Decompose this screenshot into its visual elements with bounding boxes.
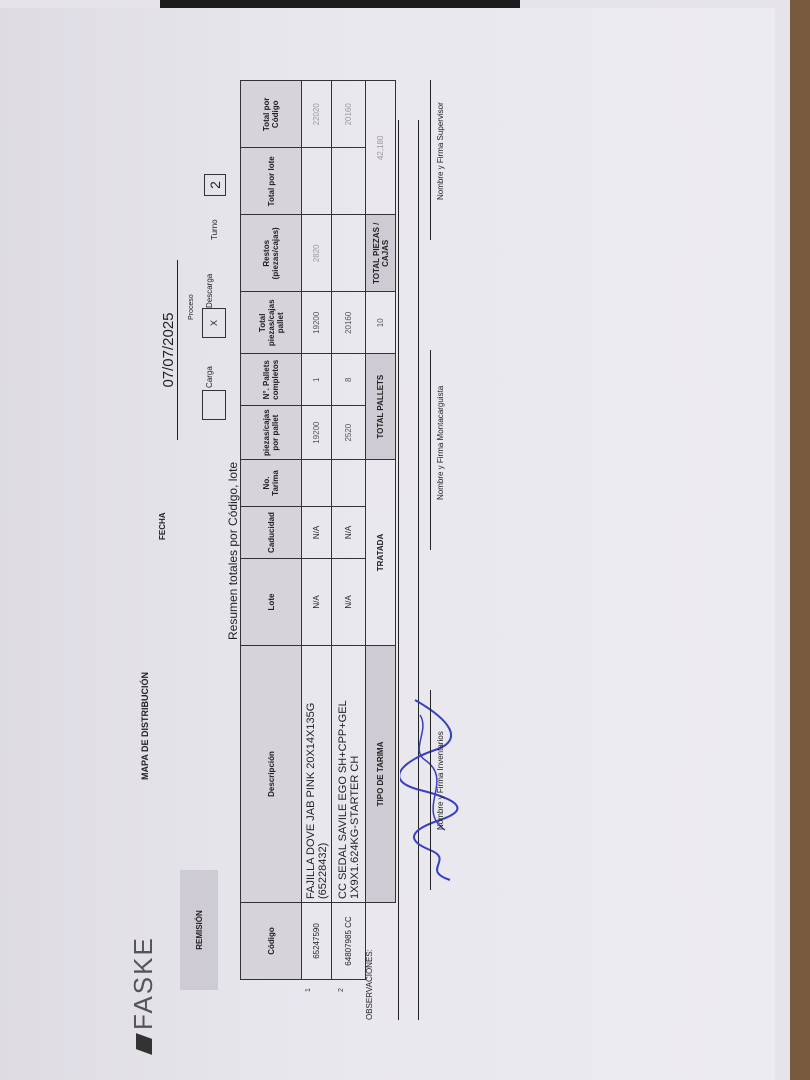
- signature-label-inventarios: Nombre y Firma Inventarios: [436, 731, 445, 830]
- tipo-tarima-label: TIPO DE TARIMA: [366, 646, 396, 903]
- signature-line-supervisor: [430, 80, 431, 240]
- col-piezas-pallet: piezas/cajas por pallet: [241, 406, 302, 460]
- page-title: MAPA DE DISTRIBUCIÓN: [140, 672, 150, 780]
- col-codigo: Código: [241, 903, 302, 980]
- total-pallets-value: 10: [366, 292, 396, 354]
- remision-label: REMISIÓN: [180, 870, 218, 990]
- descarga-checkbox[interactable]: X: [202, 308, 226, 338]
- col-tarima: No. Tarima: [241, 460, 302, 507]
- proceso-label: Proceso: [188, 294, 195, 320]
- total-pallets-label: TOTAL PALLETS: [366, 354, 396, 460]
- col-total-pallet: Total piezas/cajas pallet: [241, 292, 302, 354]
- col-restos: Restos (piezas/cajas): [241, 215, 302, 292]
- total-piezas-label: TOTAL PIEZAS / CAJAS: [366, 215, 396, 292]
- cell-pallets: 1: [302, 354, 332, 406]
- cell-codigo: 65247590: [302, 903, 332, 980]
- summary-table: Código Descripción Lote Caducidad No. Ta…: [240, 80, 396, 980]
- col-pallets: N°. Pallets completos: [241, 354, 302, 406]
- cell-caducidad: N/A: [302, 507, 332, 559]
- cell-descripcion: FAJILLA DOVE JAB PINK 20X14X135G (652284…: [302, 646, 332, 903]
- cell-restos: [332, 215, 366, 292]
- col-descripcion: Descripción: [241, 646, 302, 903]
- cell-total-pallet: 19200: [302, 292, 332, 354]
- carga-checkbox[interactable]: [202, 390, 226, 420]
- logo-icon: [136, 1033, 152, 1055]
- cell-descripcion: CC SEDAL SAVILE EGO SH+CPP+GEL 1X9X1.624…: [332, 646, 366, 903]
- col-total-lote: Total por lote: [241, 148, 302, 215]
- brand-logo: FASKE: [128, 936, 159, 1052]
- descarga-label: Descarga: [205, 274, 214, 308]
- cell-total-codigo: 20160: [332, 81, 366, 148]
- cell-codigo: 64807985 CC: [332, 903, 366, 980]
- row-number: 1: [305, 988, 312, 992]
- signature-label-montacarguista: Nombre y Firma Montacarguista: [436, 386, 445, 500]
- cell-total-pallet: 20160: [332, 292, 366, 354]
- cell-tarima: [302, 460, 332, 507]
- document-sheet: FASKE REMISIÓN MAPA DE DISTRIBUCIÓN FECH…: [0, 8, 775, 1080]
- brand-name: FASKE: [128, 936, 159, 1030]
- cell-piezas-pallet: 19200: [302, 406, 332, 460]
- col-total-codigo: Total por Código: [241, 81, 302, 148]
- cell-caducidad: N/A: [332, 507, 366, 559]
- row-number: 2: [338, 988, 345, 992]
- distribution-map-page: FASKE REMISIÓN MAPA DE DISTRIBUCIÓN FECH…: [0, 8, 775, 1080]
- signature-label-supervisor: Nombre y Firma Supervisor: [436, 102, 445, 200]
- cell-lote: N/A: [332, 559, 366, 646]
- cell-total-lote: [302, 148, 332, 215]
- cell-piezas-pallet: 2520: [332, 406, 366, 460]
- turno-field[interactable]: 2: [204, 174, 226, 196]
- cell-restos: 2820: [302, 215, 332, 292]
- cell-lote: N/A: [302, 559, 332, 646]
- table-header-row: Código Descripción Lote Caducidad No. Ta…: [241, 81, 302, 980]
- cell-total-lote: [332, 148, 366, 215]
- carga-label: Carga: [205, 366, 214, 388]
- table-row: 65247590 FAJILLA DOVE JAB PINK 20X14X135…: [302, 81, 332, 980]
- signature-line-montacarguista: [430, 350, 431, 550]
- observaciones-line: [398, 120, 399, 1020]
- tipo-tarima-value: TRATADA: [366, 460, 396, 646]
- cell-pallets: 8: [332, 354, 366, 406]
- turno-label: Turno: [210, 219, 219, 240]
- cell-tarima: [332, 460, 366, 507]
- col-lote: Lote: [241, 559, 302, 646]
- table-row: 64807985 CC CC SEDAL SAVILE EGO SH+CPP+G…: [332, 81, 366, 980]
- signature-line-inventarios: [430, 690, 431, 890]
- table-footer-row: TIPO DE TARIMA TRATADA TOTAL PALLETS 10 …: [366, 81, 396, 980]
- total-piezas-value: 42,180: [366, 81, 396, 215]
- fecha-label: FECHA: [158, 512, 167, 540]
- observaciones-label: OBSERVACIONES:: [365, 949, 374, 1020]
- cell-total-codigo: 22020: [302, 81, 332, 148]
- col-caducidad: Caducidad: [241, 507, 302, 559]
- fecha-field[interactable]: 07/07/2025: [160, 260, 178, 440]
- summary-title: Resumen totales por Código, lote: [226, 462, 240, 640]
